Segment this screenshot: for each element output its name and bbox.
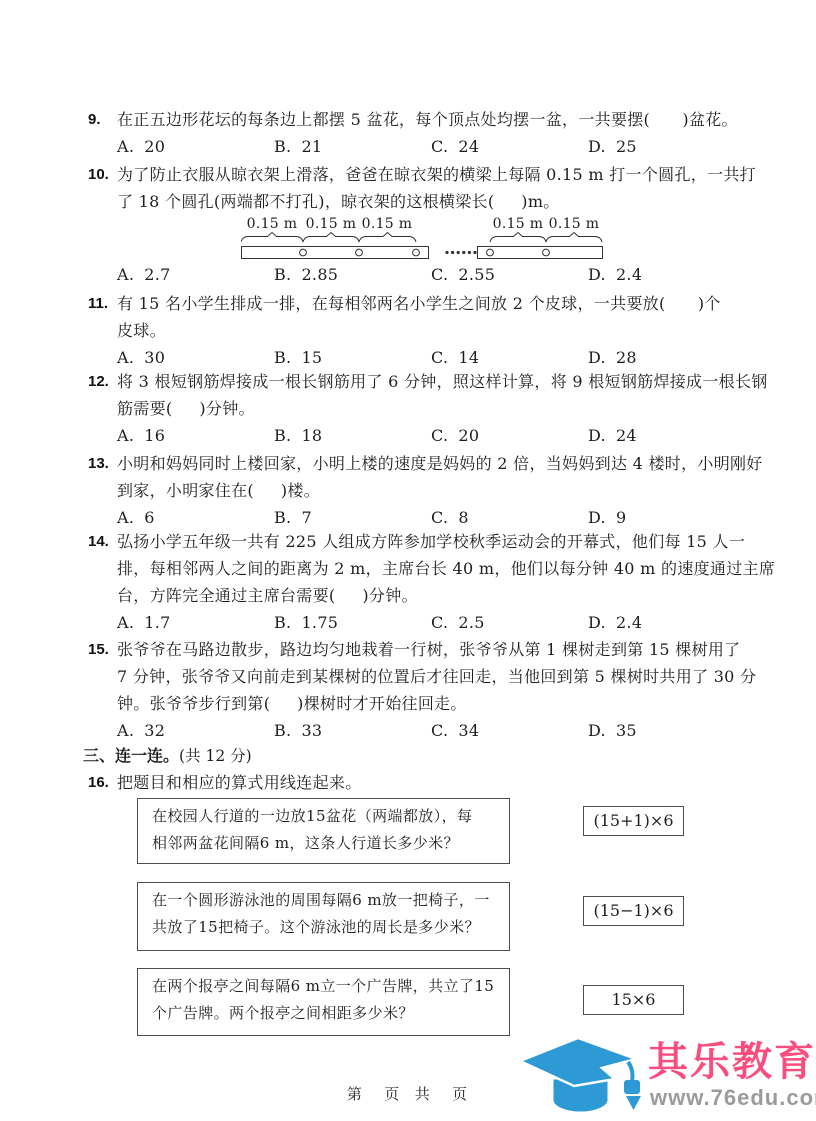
question-line: 在正五边形花坛的每条边上都摆 5 盆花，每个顶点处均摆一盆，一共要摆( )盆花。 bbox=[117, 106, 738, 133]
options-row: A.2.7 B.2.85 C.2.55 D.2.4 bbox=[117, 261, 738, 288]
question-line: 了 18 个圆孔(两端都不打孔)，晾衣架的这根横梁长( )m。 bbox=[117, 188, 738, 215]
option-b: B.33 bbox=[274, 717, 322, 744]
option-value: 15 bbox=[301, 348, 322, 367]
options-row: A.6 B.7 C.8 D.9 bbox=[117, 504, 738, 531]
option-b: B.18 bbox=[274, 422, 322, 449]
question-line: 台，方阵完全通过主席台需要( )分钟。 bbox=[117, 582, 738, 609]
match-problem-box-1: 在校园人行道的一边放15盆花（两端都放），每 相邻两盆花间隔6 m，这条人行道长… bbox=[137, 798, 510, 864]
question-10: 10. 为了防止衣服从晾衣架上滑落，爸爸在晾衣架的横梁上每隔 0.15 m 打一… bbox=[88, 161, 738, 288]
question-line: 把题目和相应的算式用线连起来。 bbox=[117, 769, 738, 796]
question-line: 弘扬小学五年级一共有 225 人组成方阵参加学校秋季运动会的开幕式，他们每 15… bbox=[117, 528, 738, 555]
match-expression-box-1: (15+1)×6 bbox=[583, 806, 684, 836]
question-number: 10. bbox=[88, 161, 114, 188]
option-c: C.24 bbox=[431, 133, 479, 160]
option-c: C.34 bbox=[431, 717, 479, 744]
option-value: 2.4 bbox=[616, 265, 642, 284]
option-letter: A. bbox=[117, 348, 134, 367]
option-c: C.14 bbox=[431, 344, 479, 371]
problem-line: 在两个报亭之间每隔6 m立一个广告牌，共立了15 bbox=[152, 973, 495, 1000]
option-value: 8 bbox=[458, 508, 468, 527]
option-value: 33 bbox=[301, 721, 322, 740]
option-letter: C. bbox=[431, 613, 448, 632]
question-number: 16. bbox=[88, 769, 114, 796]
option-value: 2.55 bbox=[458, 265, 495, 284]
match-expression-box-3: 15×6 bbox=[583, 985, 684, 1015]
option-c: C.20 bbox=[431, 422, 479, 449]
options-row: A.32 B.33 C.34 D.35 bbox=[117, 717, 738, 744]
option-letter: A. bbox=[117, 613, 134, 632]
option-letter: C. bbox=[431, 508, 448, 527]
question-line: 到家，小明家住在( )楼。 bbox=[117, 477, 738, 504]
problem-line: 共放了15把椅子。这个游泳池的周长是多少米？ bbox=[152, 914, 495, 941]
option-a: A.20 bbox=[117, 133, 165, 160]
question-body: 把题目和相应的算式用线连起来。 bbox=[117, 769, 738, 796]
option-letter: B. bbox=[274, 613, 291, 632]
option-letter: C. bbox=[431, 348, 448, 367]
interval-label: 0.15 m bbox=[493, 216, 544, 232]
option-d: D.2.4 bbox=[588, 261, 642, 288]
option-a: A.2.7 bbox=[117, 261, 171, 288]
options-row: A.20 B.21 C.24 D.25 bbox=[117, 133, 738, 160]
question-number: 12. bbox=[88, 368, 114, 395]
question-number: 13. bbox=[88, 450, 114, 477]
brand-website: www.76edu.com bbox=[650, 1086, 816, 1110]
section-score: (共 12 分) bbox=[179, 747, 252, 765]
question-15: 15. 张爷爷在马路边散步，路边均匀地栽着一行树，张爷爷从第 1 棵树走到第 1… bbox=[88, 636, 738, 744]
question-11: 11. 有 15 名小学生排成一排，在每相邻两名小学生之间放 2 个皮球，一共要… bbox=[88, 290, 738, 371]
question-line: 筋需要( )分钟。 bbox=[117, 395, 738, 422]
option-letter: D. bbox=[588, 426, 606, 445]
option-letter: C. bbox=[431, 265, 448, 284]
option-value: 1.75 bbox=[301, 613, 338, 632]
question-line: 排，每相邻两人之间的距离为 2 m，主席台长 40 m，他们以每分钟 40 m … bbox=[117, 555, 738, 582]
diagram-container: 0.15 m 0.15 m 0.15 m 0.15 m 0.15 m bbox=[117, 215, 738, 261]
interval-label: 0.15 m bbox=[549, 216, 600, 232]
option-value: 25 bbox=[616, 137, 637, 156]
option-b: B.21 bbox=[274, 133, 322, 160]
option-value: 34 bbox=[458, 721, 479, 740]
option-c: C.8 bbox=[431, 504, 469, 531]
question-line: 小明和妈妈同时上楼回家，小明上楼的速度是妈妈的 2 倍，当妈妈到达 4 楼时，小… bbox=[117, 450, 738, 477]
question-line: 有 15 名小学生排成一排，在每相邻两名小学生之间放 2 个皮球，一共要放( )… bbox=[117, 290, 738, 317]
option-letter: B. bbox=[274, 265, 291, 284]
option-value: 24 bbox=[458, 137, 479, 156]
option-a: A.6 bbox=[117, 504, 155, 531]
match-expression-box-2: (15−1)×6 bbox=[583, 896, 684, 926]
option-b: B.2.85 bbox=[274, 261, 338, 288]
option-value: 6 bbox=[144, 508, 154, 527]
question-number: 9. bbox=[88, 106, 114, 133]
match-problem-box-3: 在两个报亭之间每隔6 m立一个广告牌，共立了15 个广告牌。两个报亭之间相距多少… bbox=[137, 968, 510, 1036]
option-value: 9 bbox=[616, 508, 626, 527]
question-body: 将 3 根短钢筋焊接成一根长钢筋用了 6 分钟，照这样计算，将 9 根短钢筋焊接… bbox=[117, 368, 738, 449]
option-letter: B. bbox=[274, 137, 291, 156]
question-body: 在正五边形花坛的每条边上都摆 5 盆花，每个顶点处均摆一盆，一共要摆( )盆花。… bbox=[117, 106, 738, 160]
option-b: B.15 bbox=[274, 344, 322, 371]
section-3-header: 三、连一连。(共 12 分) bbox=[83, 742, 252, 770]
question-body: 张爷爷在马路边散步，路边均匀地栽着一行树，张爷爷从第 1 棵树走到第 15 棵树… bbox=[117, 636, 738, 744]
option-letter: D. bbox=[588, 508, 606, 527]
drying-rack-beam-diagram: 0.15 m 0.15 m 0.15 m 0.15 m 0.15 m bbox=[241, 215, 621, 261]
option-value: 2.5 bbox=[458, 613, 484, 632]
option-value: 2.4 bbox=[616, 613, 642, 632]
question-number: 15. bbox=[88, 636, 114, 663]
option-value: 32 bbox=[144, 721, 165, 740]
options-row: A.16 B.18 C.20 D.24 bbox=[117, 422, 738, 449]
option-a: A.16 bbox=[117, 422, 165, 449]
question-body: 弘扬小学五年级一共有 225 人组成方阵参加学校秋季运动会的开幕式，他们每 15… bbox=[117, 528, 738, 636]
interval-braces bbox=[241, 233, 602, 243]
question-9: 9. 在正五边形花坛的每条边上都摆 5 盆花，每个顶点处均摆一盆，一共要摆( )… bbox=[88, 106, 738, 160]
question-body: 为了防止衣服从晾衣架上滑落，爸爸在晾衣架的横梁上每隔 0.15 m 打一个圆孔，… bbox=[117, 161, 738, 288]
interval-label: 0.15 m bbox=[247, 216, 298, 232]
option-c: C.2.5 bbox=[431, 609, 485, 636]
option-value: 35 bbox=[616, 721, 637, 740]
question-number: 14. bbox=[88, 528, 114, 555]
option-value: 20 bbox=[144, 137, 165, 156]
option-value: 14 bbox=[458, 348, 479, 367]
question-line: 钟。张爷爷步行到第( )棵树时才开始往回走。 bbox=[117, 690, 738, 717]
question-line: 为了防止衣服从晾衣架上滑落，爸爸在晾衣架的横梁上每隔 0.15 m 打一个圆孔，… bbox=[117, 161, 738, 188]
option-value: 20 bbox=[458, 426, 479, 445]
interval-label: 0.15 m bbox=[306, 216, 357, 232]
problem-line: 在一个圆形游泳池的周围每隔6 m放一把椅子，一 bbox=[152, 887, 495, 914]
options-row: A.30 B.15 C.14 D.28 bbox=[117, 344, 738, 371]
option-letter: C. bbox=[431, 426, 448, 445]
option-b: B.1.75 bbox=[274, 609, 338, 636]
option-letter: D. bbox=[588, 348, 606, 367]
option-value: 2.7 bbox=[144, 265, 170, 284]
problem-line: 相邻两盆花间隔6 m，这条人行道长多少米？ bbox=[152, 830, 495, 857]
question-12: 12. 将 3 根短钢筋焊接成一根长钢筋用了 6 分钟，照这样计算，将 9 根短… bbox=[88, 368, 738, 449]
option-value: 21 bbox=[301, 137, 322, 156]
option-letter: D. bbox=[588, 137, 606, 156]
option-letter: B. bbox=[274, 721, 291, 740]
question-body: 小明和妈妈同时上楼回家，小明上楼的速度是妈妈的 2 倍，当妈妈到达 4 楼时，小… bbox=[117, 450, 738, 531]
problem-line: 在校园人行道的一边放15盆花（两端都放），每 bbox=[152, 803, 495, 830]
option-letter: C. bbox=[431, 137, 448, 156]
option-letter: A. bbox=[117, 137, 134, 156]
match-problem-box-2: 在一个圆形游泳池的周围每隔6 m放一把椅子，一 共放了15把椅子。这个游泳池的周… bbox=[137, 882, 510, 951]
option-letter: B. bbox=[274, 426, 291, 445]
option-c: C.2.55 bbox=[431, 261, 495, 288]
option-letter: A. bbox=[117, 265, 134, 284]
question-16: 16. 把题目和相应的算式用线连起来。 bbox=[88, 769, 738, 796]
option-letter: B. bbox=[274, 508, 291, 527]
interval-label: 0.15 m bbox=[362, 216, 413, 232]
option-value: 28 bbox=[616, 348, 637, 367]
option-value: 16 bbox=[144, 426, 165, 445]
question-line: 7 分钟，张爷爷又向前走到某棵树的位置后才往回走，当他回到第 5 棵树时共用了 … bbox=[117, 663, 738, 690]
question-13: 13. 小明和妈妈同时上楼回家，小明上楼的速度是妈妈的 2 倍，当妈妈到达 4 … bbox=[88, 450, 738, 531]
option-a: A.1.7 bbox=[117, 609, 171, 636]
option-value: 30 bbox=[144, 348, 165, 367]
option-d: D.25 bbox=[588, 133, 637, 160]
option-d: D.35 bbox=[588, 717, 637, 744]
option-letter: D. bbox=[588, 265, 606, 284]
option-value: 1.7 bbox=[144, 613, 170, 632]
question-line: 将 3 根短钢筋焊接成一根长钢筋用了 6 分钟，照这样计算，将 9 根短钢筋焊接… bbox=[117, 368, 738, 395]
problem-line: 个广告牌。两个报亭之间相距多少米？ bbox=[152, 1000, 495, 1027]
option-letter: B. bbox=[274, 348, 291, 367]
graduation-cap-icon bbox=[516, 1034, 652, 1120]
option-letter: C. bbox=[431, 721, 448, 740]
option-a: A.32 bbox=[117, 717, 165, 744]
test-paper-page: 9. 在正五边形花坛的每条边上都摆 5 盆花，每个顶点处均摆一盆，一共要摆( )… bbox=[0, 0, 816, 1121]
question-number: 11. bbox=[88, 290, 114, 317]
question-14: 14. 弘扬小学五年级一共有 225 人组成方阵参加学校秋季运动会的开幕式，他们… bbox=[88, 528, 738, 636]
brand-name: 其乐教育 bbox=[648, 1040, 816, 1084]
option-b: B.7 bbox=[274, 504, 312, 531]
option-d: D.2.4 bbox=[588, 609, 642, 636]
option-letter: D. bbox=[588, 721, 606, 740]
option-letter: A. bbox=[117, 721, 134, 740]
question-line: 皮球。 bbox=[117, 317, 738, 344]
option-d: D.9 bbox=[588, 504, 626, 531]
ellipsis-icon bbox=[445, 251, 476, 254]
option-value: 24 bbox=[616, 426, 637, 445]
option-a: A.30 bbox=[117, 344, 165, 371]
question-line: 张爷爷在马路边散步，路边均匀地栽着一行树，张爷爷从第 1 棵树走到第 15 棵树… bbox=[117, 636, 738, 663]
option-value: 2.85 bbox=[301, 265, 338, 284]
option-letter: A. bbox=[117, 426, 134, 445]
question-body: 有 15 名小学生排成一排，在每相邻两名小学生之间放 2 个皮球，一共要放( )… bbox=[117, 290, 738, 371]
option-letter: A. bbox=[117, 508, 134, 527]
option-value: 18 bbox=[301, 426, 322, 445]
option-d: D.24 bbox=[588, 422, 637, 449]
section-title: 三、连一连。 bbox=[83, 748, 179, 765]
option-letter: D. bbox=[588, 613, 606, 632]
option-d: D.28 bbox=[588, 344, 637, 371]
options-row: A.1.7 B.1.75 C.2.5 D.2.4 bbox=[117, 609, 738, 636]
option-value: 7 bbox=[301, 508, 311, 527]
